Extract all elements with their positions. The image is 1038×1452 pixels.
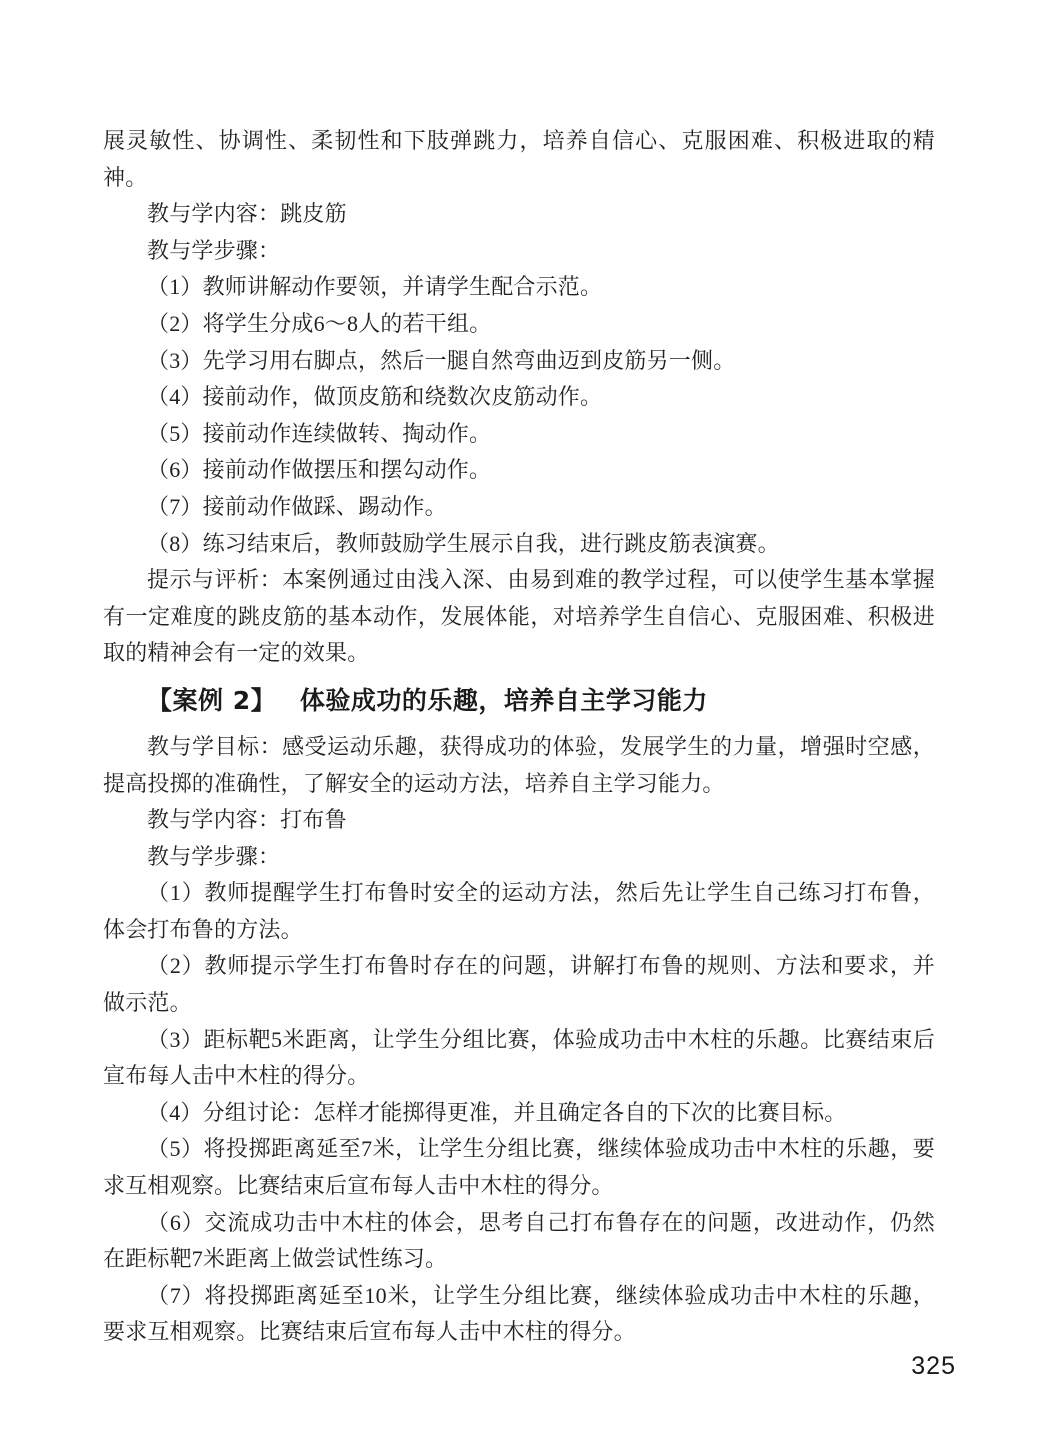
paragraph-steps-label: 教与学步骤： (103, 233, 935, 270)
paragraph-steps-label-2: 教与学步骤： (103, 839, 935, 876)
paragraph-goal-label: 教与学目标：感受运动乐趣，获得成功的体验，发展学生的力量，增强时空感，提高投掷的… (103, 729, 935, 802)
paragraph-case2-step-4: （4）分组讨论：怎样才能掷得更准，并且确定各自的下次的比赛目标。 (103, 1095, 935, 1132)
paragraph-step-1: （1）教师讲解动作要领，并请学生配合示范。 (103, 269, 935, 306)
paragraph-step-6: （6）接前动作做摆压和摆勾动作。 (103, 452, 935, 489)
paragraph-case2-step-1: （1）教师提醒学生打布鲁时安全的运动方法，然后先让学生自己练习打布鲁，体会打布鲁… (103, 875, 935, 948)
page-number: 325 (911, 1352, 956, 1381)
paragraph-case2-step-5: （5）将投掷距离延至7米，让学生分组比赛，继续体验成功击中木柱的乐趣，要求互相观… (103, 1131, 935, 1204)
paragraph-tips-review: 提示与评析：本案例通过由浅入深、由易到难的教学过程，可以使学生基本掌握有一定难度… (103, 562, 935, 672)
paragraph-step-8: （8）练习结束后，教师鼓励学生展示自我，进行跳皮筋表演赛。 (103, 526, 935, 563)
paragraph-step-7: （7）接前动作做踩、踢动作。 (103, 489, 935, 526)
paragraph-continuation: 展灵敏性、协调性、柔韧性和下肢弹跳力，培养自信心、克服困难、积极进取的精神。 (103, 123, 935, 196)
book-page: 展灵敏性、协调性、柔韧性和下肢弹跳力，培养自信心、克服困难、积极进取的精神。 教… (0, 0, 1038, 1452)
paragraph-case2-step-6: （6）交流成功击中木柱的体会，思考自己打布鲁存在的问题，改进动作，仍然在距标靶7… (103, 1205, 935, 1278)
paragraph-content-label-2: 教与学内容：打布鲁 (103, 802, 935, 839)
paragraph-case2-step-3: （3）距标靶5米距离，让学生分组比赛，体验成功击中木柱的乐趣。比赛结束后宣布每人… (103, 1022, 935, 1095)
paragraph-content-label: 教与学内容：跳皮筋 (103, 196, 935, 233)
case2-title: 体验成功的乐趣，培养自主学习能力 (300, 686, 708, 715)
case2-label: 【案例 2】 (147, 686, 276, 715)
case2-heading: 【案例 2】体验成功的乐趣，培养自主学习能力 (103, 680, 935, 722)
paragraph-step-4: （4）接前动作，做顶皮筋和绕数次皮筋动作。 (103, 379, 935, 416)
paragraph-step-2: （2）将学生分成6～8人的若干组。 (103, 306, 935, 343)
paragraph-step-3: （3）先学习用右脚点，然后一腿自然弯曲迈到皮筋另一侧。 (103, 343, 935, 380)
paragraph-case2-step-7: （7）将投掷距离延至10米，让学生分组比赛，继续体验成功击中木柱的乐趣，要求互相… (103, 1278, 935, 1351)
paragraph-step-5: （5）接前动作连续做转、掏动作。 (103, 416, 935, 453)
page-body: 展灵敏性、协调性、柔韧性和下肢弹跳力，培养自信心、克服困难、积极进取的精神。 教… (103, 123, 935, 1351)
paragraph-case2-step-2: （2）教师提示学生打布鲁时存在的问题，讲解打布鲁的规则、方法和要求，并做示范。 (103, 948, 935, 1021)
